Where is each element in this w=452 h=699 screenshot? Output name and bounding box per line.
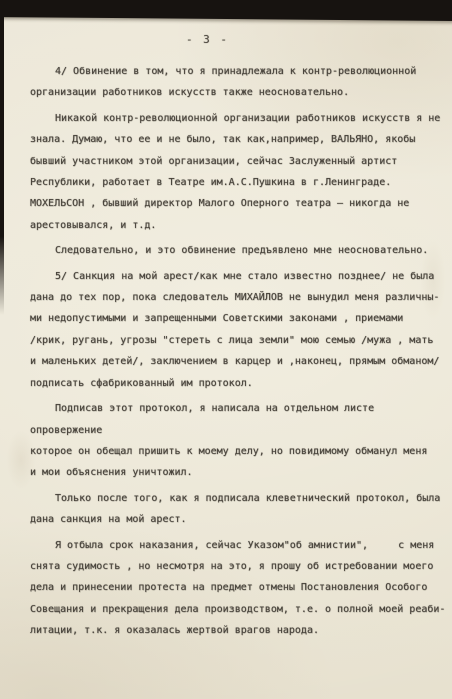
- scanned-document-photo: { "document": { "page_number": "- 3 -", …: [0, 0, 452, 699]
- paragraph-conclusion-unfounded: Следовательно, и это обвинение предъявле…: [30, 240, 452, 261]
- paragraph-5-sanction: 5/ Санкция на мой арест/как мне стало из…: [30, 266, 452, 394]
- document-body: 4/ Обвинение в том, что я принадлежала к…: [30, 61, 452, 646]
- paragraph-sanction-after-protocol: Только после того, как я подписала клеве…: [30, 488, 452, 531]
- paragraph-rehabilitation-request: Я отбыла срок наказания, сейчас Указом"о…: [30, 535, 452, 642]
- page-number: - 3 -: [0, 33, 415, 46]
- paragraph-no-organization: Никакой контр-революционной организации …: [30, 108, 452, 236]
- scan-edge-left: [0, 0, 4, 315]
- paragraph-refutation-destroyed: Подписав этот протокол, я написала на от…: [30, 398, 452, 484]
- paragraph-4-accusation: 4/ Обвинение в том, что я принадлежала к…: [30, 61, 452, 104]
